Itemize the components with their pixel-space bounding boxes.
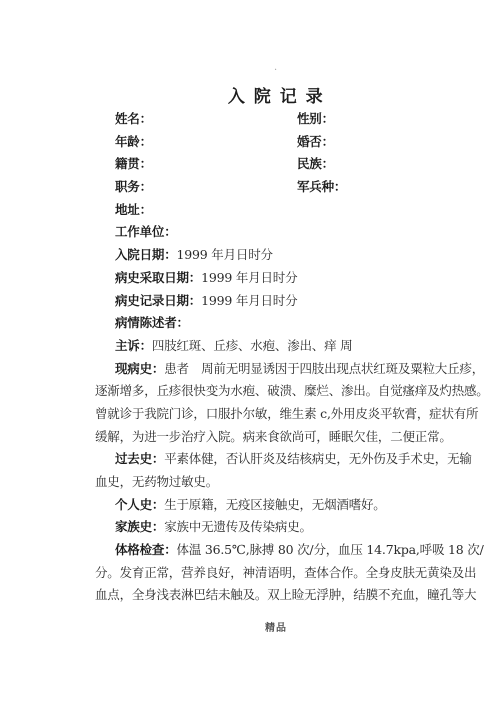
field-label-address: 地址：: [115, 202, 152, 217]
field-value-history-recorded-date: 1999 年月日时分: [201, 293, 297, 308]
field-row-history-taken-date: 病史采取日期：1999 年月日时分: [95, 267, 457, 290]
section-label-past-history: 过去史：: [115, 451, 164, 466]
field-row-nativeplace-ethnicity: 籍贯： 民族：: [95, 153, 457, 176]
document-content: 入 院 记 录 姓名： 性别： 年龄： 婚否： 籍贯： 民族： 职务： 军兵种：…: [95, 0, 457, 635]
field-value-history-taken-date: 1999 年月日时分: [201, 270, 297, 285]
stray-mark: ·: [274, 66, 277, 76]
field-duty: 职务：: [115, 176, 297, 199]
field-value-admission-date: 1999 年月日时分: [177, 247, 273, 262]
section-family-history-line-1: 家族史：家族中无遗传及传染病史。: [95, 516, 457, 539]
field-label-history-taken-date: 病史采取日期：: [115, 270, 201, 285]
field-marital: 婚否：: [297, 131, 334, 154]
field-label-marital: 婚否：: [297, 134, 334, 149]
field-label-ethnicity: 民族：: [297, 156, 334, 171]
section-label-present-illness: 现病史：: [115, 361, 164, 376]
field-row-duty-militarybranch: 职务： 军兵种：: [95, 176, 457, 199]
chief-complaint-text: 四肢红斑、丘疹、水疱、渗出、痒 周: [152, 338, 353, 353]
section-present-illness-line-4: 缓解，为进一步治疗入院。病来食欲尚可，睡眠欠佳，二便正常。: [95, 426, 457, 449]
field-gender: 性别：: [297, 108, 334, 131]
section-physical-exam-line-1: 体格检查：体温 36.5℃,脉搏 80 次/分，血压 14.7kpa,呼吸 18…: [95, 539, 457, 562]
section-past-history-line-1: 过去史：平素体健，否认肝炎及结核病史，无外伤及手术史，无输: [95, 448, 457, 471]
section-personal-history-line-1: 个人史：生于原籍，无疫区接触史，无烟酒嗜好。: [95, 494, 457, 517]
section-chief-complaint-line-1: 主诉：四肢红斑、丘疹、水疱、渗出、痒 周: [95, 335, 457, 358]
field-row-age-marital: 年龄： 婚否：: [95, 131, 457, 154]
personal-history-text: 生于原籍，无疫区接触史，无烟酒嗜好。: [164, 497, 385, 512]
section-present-illness-line-3: 曾就诊于我院门诊，口服扑尔敏，维生素 c,外用皮炎平软膏，症状有所: [95, 403, 457, 426]
section-label-chief-complaint: 主诉：: [115, 338, 152, 353]
field-row-admission-date: 入院日期：1999 年月日时分: [95, 244, 457, 267]
field-native-place: 籍贯：: [115, 153, 297, 176]
section-present-illness-line-1: 现病史：患者 周前无明显诱因于四肢出现点状红斑及粟粒大丘疹，: [95, 358, 457, 381]
field-label-admission-date: 入院日期：: [115, 247, 177, 262]
section-past-history-line-2: 血史，无药物过敏史。: [95, 471, 457, 494]
field-label-history-recorded-date: 病史记录日期：: [115, 293, 201, 308]
admission-record-page: · 入 院 记 录 姓名： 性别： 年龄： 婚否： 籍贯： 民族： 职务： 军兵…: [0, 0, 500, 708]
footer-watermark: 精品: [95, 622, 457, 635]
section-physical-exam-line-3: 血点，全身浅表淋巴结未触及。双上睑无浮肿，结膜不充血，瞳孔等大: [95, 584, 457, 607]
physical-exam-text-1: 体温 36.5℃,脉搏 80 次/分，血压 14.7kpa,呼吸 18 次/: [177, 542, 484, 557]
field-name: 姓名：: [115, 108, 297, 131]
family-history-text: 家族中无遗传及传染病史。: [164, 519, 312, 534]
past-history-text-1: 平素体健，否认肝炎及结核病史，无外伤及手术史，无输: [164, 451, 472, 466]
field-label-gender: 性别：: [297, 111, 334, 126]
field-ethnicity: 民族：: [297, 153, 334, 176]
field-row-work-unit: 工作单位：: [95, 221, 457, 244]
section-physical-exam-line-2: 分。发育正常，营养良好，神清语明，查体合作。全身皮肤无黄染及出: [95, 562, 457, 585]
field-age: 年龄：: [115, 131, 297, 154]
section-present-illness-line-2: 逐渐增多，丘疹很快变为水疱、破溃、糜烂、渗出。自觉瘙痒及灼热感。: [95, 380, 457, 403]
field-label-military-branch: 军兵种：: [297, 179, 346, 194]
field-row-name-gender: 姓名： 性别：: [95, 108, 457, 131]
field-label-narrator: 病情陈述者：: [115, 315, 189, 330]
field-label-name: 姓名：: [115, 111, 152, 126]
section-label-personal-history: 个人史：: [115, 497, 164, 512]
field-label-age: 年龄：: [115, 134, 152, 149]
field-row-history-recorded-date: 病史记录日期：1999 年月日时分: [95, 290, 457, 313]
field-row-address: 地址：: [95, 199, 457, 222]
field-military-branch: 军兵种：: [297, 176, 346, 199]
page-title: 入 院 记 录: [95, 0, 457, 108]
present-illness-text-1: 患者 周前无明显诱因于四肢出现点状红斑及粟粒大丘疹，: [164, 361, 484, 376]
field-row-narrator: 病情陈述者：: [95, 312, 457, 335]
field-label-duty: 职务：: [115, 179, 152, 194]
section-label-family-history: 家族史：: [115, 519, 164, 534]
section-label-physical-exam: 体格检查：: [115, 542, 177, 557]
field-label-work-unit: 工作单位：: [115, 224, 177, 239]
field-label-native-place: 籍贯：: [115, 156, 152, 171]
